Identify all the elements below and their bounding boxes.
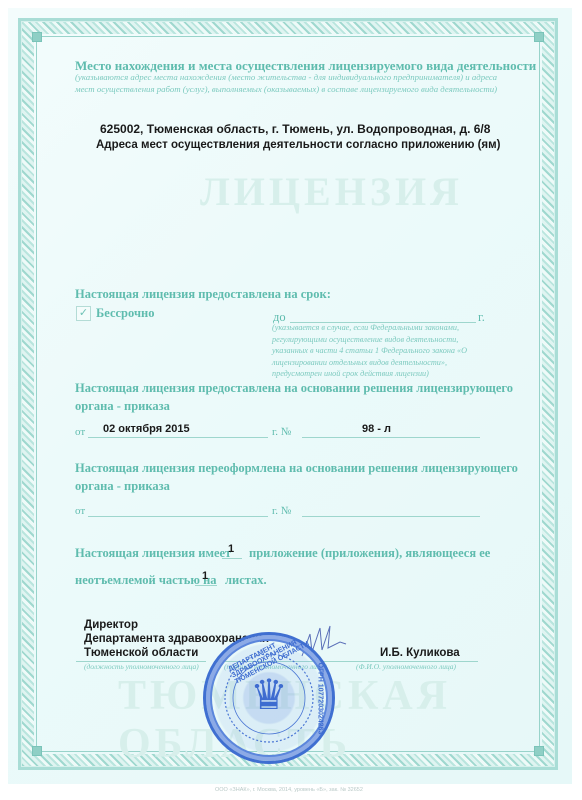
grant-date-line: [88, 437, 268, 438]
signer-position-line1: Директор: [84, 619, 138, 631]
reissue-number-label: г. №: [272, 505, 291, 517]
appendix-text-after: приложение (приложения), являющееся ее: [249, 546, 490, 561]
corner-ornament: [534, 32, 544, 42]
term-note: (указывается в случае, если Федеральными…: [272, 322, 486, 380]
caption-position: (должность уполномоченного лица): [84, 662, 199, 671]
official-stamp: ♛ ДЕПАРТАМЕНТ ЗДРАВООХРАНЕНИЯ ТЮМЕНСКОЙ …: [203, 632, 335, 764]
printer-note: ООО «ЗНАК», г. Москва, 2014, уровень «Б»…: [215, 787, 363, 793]
unlimited-term-checkbox[interactable]: ✓: [76, 306, 91, 321]
location-note: (указываются адрес места нахождения (мес…: [75, 72, 515, 95]
sheets-count: 1: [202, 570, 208, 582]
appendix-count-line: [222, 558, 242, 559]
grant-number: 98 - л: [362, 423, 391, 435]
unlimited-term-label: Бессрочно: [96, 306, 154, 321]
grant-from-label: от: [75, 426, 85, 438]
caption-name: (Ф.И.О. уполномоченного лица): [356, 662, 456, 671]
watermark-top: ЛИЦЕНЗИЯ: [200, 168, 463, 215]
reissue-from-label: от: [75, 505, 85, 517]
reissue-date-line: [88, 516, 268, 517]
appendix-count: 1: [228, 543, 234, 555]
check-icon: ✓: [79, 307, 88, 319]
grant-number-line: [302, 437, 480, 438]
grant-heading-line2: органа - приказа: [75, 399, 170, 414]
signer-position-line3: Тюменской области: [84, 647, 198, 659]
corner-ornament: [32, 746, 42, 756]
stamp-ogrn: ОГРН 1077203024263: [316, 663, 323, 735]
grant-heading-line1: Настоящая лицензия предоставлена на осно…: [75, 381, 513, 396]
license-address: 625002, Тюменская область, г. Тюмень, ул…: [100, 122, 490, 136]
grant-number-label: г. №: [272, 426, 291, 438]
term-heading: Настоящая лицензия предоставлена на срок…: [75, 287, 331, 302]
corner-ornament: [32, 32, 42, 42]
appendix-text-before: Настоящая лицензия имеет: [75, 546, 231, 561]
reissue-number-line: [302, 516, 480, 517]
grant-date: 02 октября 2015: [103, 423, 190, 435]
signer-name: И.Б. Куликова: [380, 647, 460, 659]
address-addendum: Адреса мест осуществления деятельности с…: [96, 139, 500, 151]
reissue-heading-line1: Настоящая лицензия переоформлена на осно…: [75, 461, 518, 476]
watermark-bottom: ТЮМЕНСКАЯ ОБЛАСТЬ: [118, 672, 582, 768]
sheets-count-line: [195, 585, 217, 586]
sheets-text-after: листах.: [225, 573, 267, 588]
reissue-heading-line2: органа - приказа: [75, 479, 170, 494]
